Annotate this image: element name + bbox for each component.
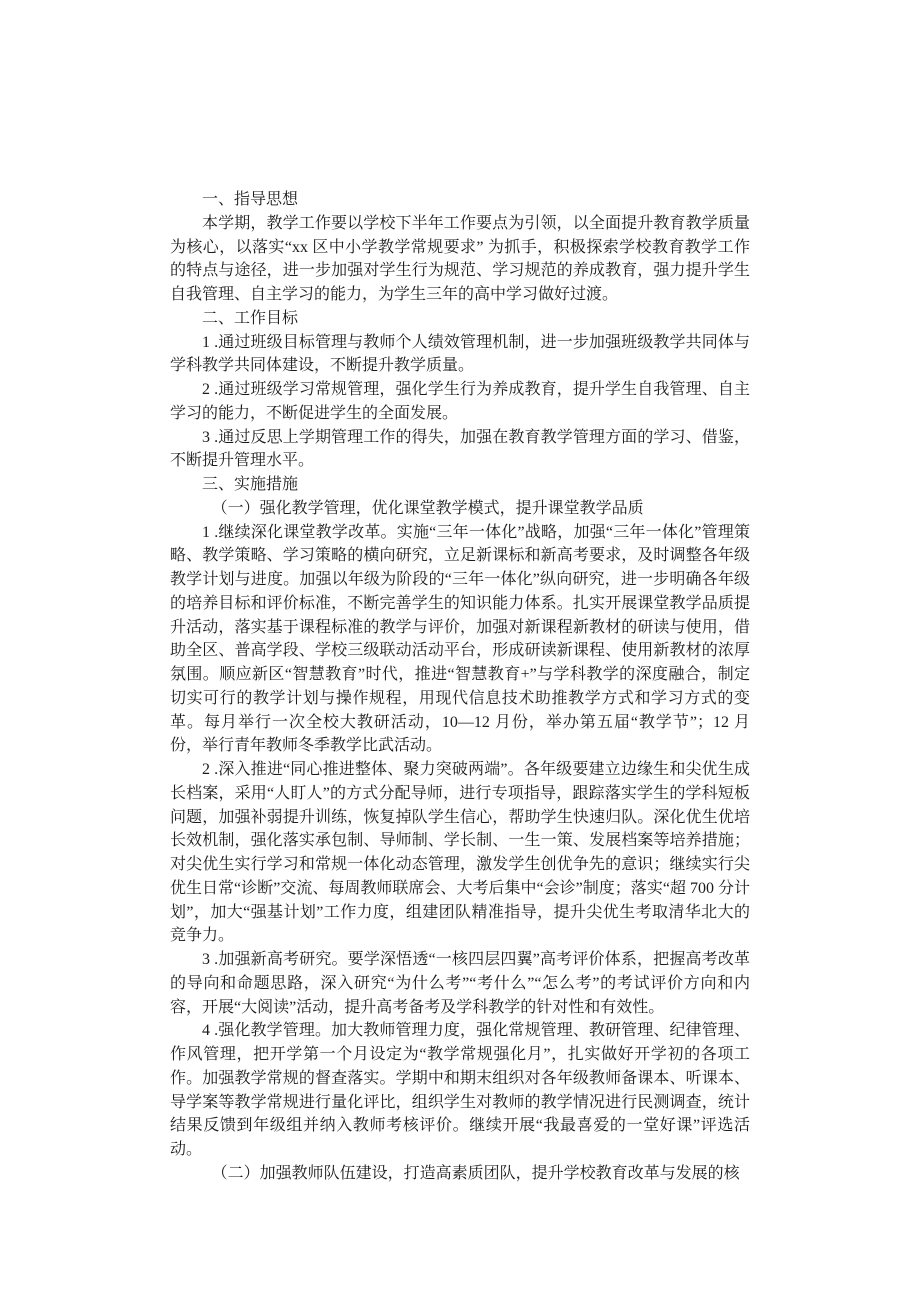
paragraph: 4 .强化教学管理。加大教师管理力度，强化常规管理、教研管理、纪律管理、作风管理… [170,1019,750,1162]
paragraph-subheading: （二）加强教师队伍建设，打造高素质团队，提升学校教育改革与发展的核 [170,1162,750,1186]
paragraph: 本学期，教学工作要以学校下半年工作要点为引领，以全面提升教育教学质量为核心，以落… [170,212,750,307]
paragraph: 3 .通过反思上学期管理工作的得失，加强在教育教学管理方面的学习、借鉴，不断提升… [170,426,750,474]
paragraph: 2 .通过班级学习常规管理，强化学生行为养成教育，提升学生自我管理、自主学习的能… [170,378,750,426]
paragraph-heading: 二、工作目标 [170,307,750,331]
paragraph-heading: 一、指导思想 [170,188,750,212]
paragraph: 3 .加强新高考研究。要学深悟透“一核四层四翼”高考评价体系，把握高考改革的导向… [170,948,750,1019]
document-body: 一、指导思想本学期，教学工作要以学校下半年工作要点为引领，以全面提升教育教学质量… [170,188,750,1186]
document-page: 一、指导思想本学期，教学工作要以学校下半年工作要点为引领，以全面提升教育教学质量… [0,0,920,1301]
paragraph: 2 .深入推进“同心推进整体、聚力突破两端”。各年级要建立边缘生和尖优生成长档案… [170,758,750,948]
paragraph: 1 .继续深化课堂教学改革。实施“三年一体化”战略，加强“三年一体化”管理策略、… [170,521,750,759]
paragraph-heading: 三、实施措施 [170,473,750,497]
paragraph: 1 .通过班级目标管理与教师个人绩效管理机制，进一步加强班级教学共同体与学科教学… [170,331,750,379]
paragraph-subheading: （一）强化教学管理，优化课堂教学模式，提升课堂教学品质 [170,497,750,521]
